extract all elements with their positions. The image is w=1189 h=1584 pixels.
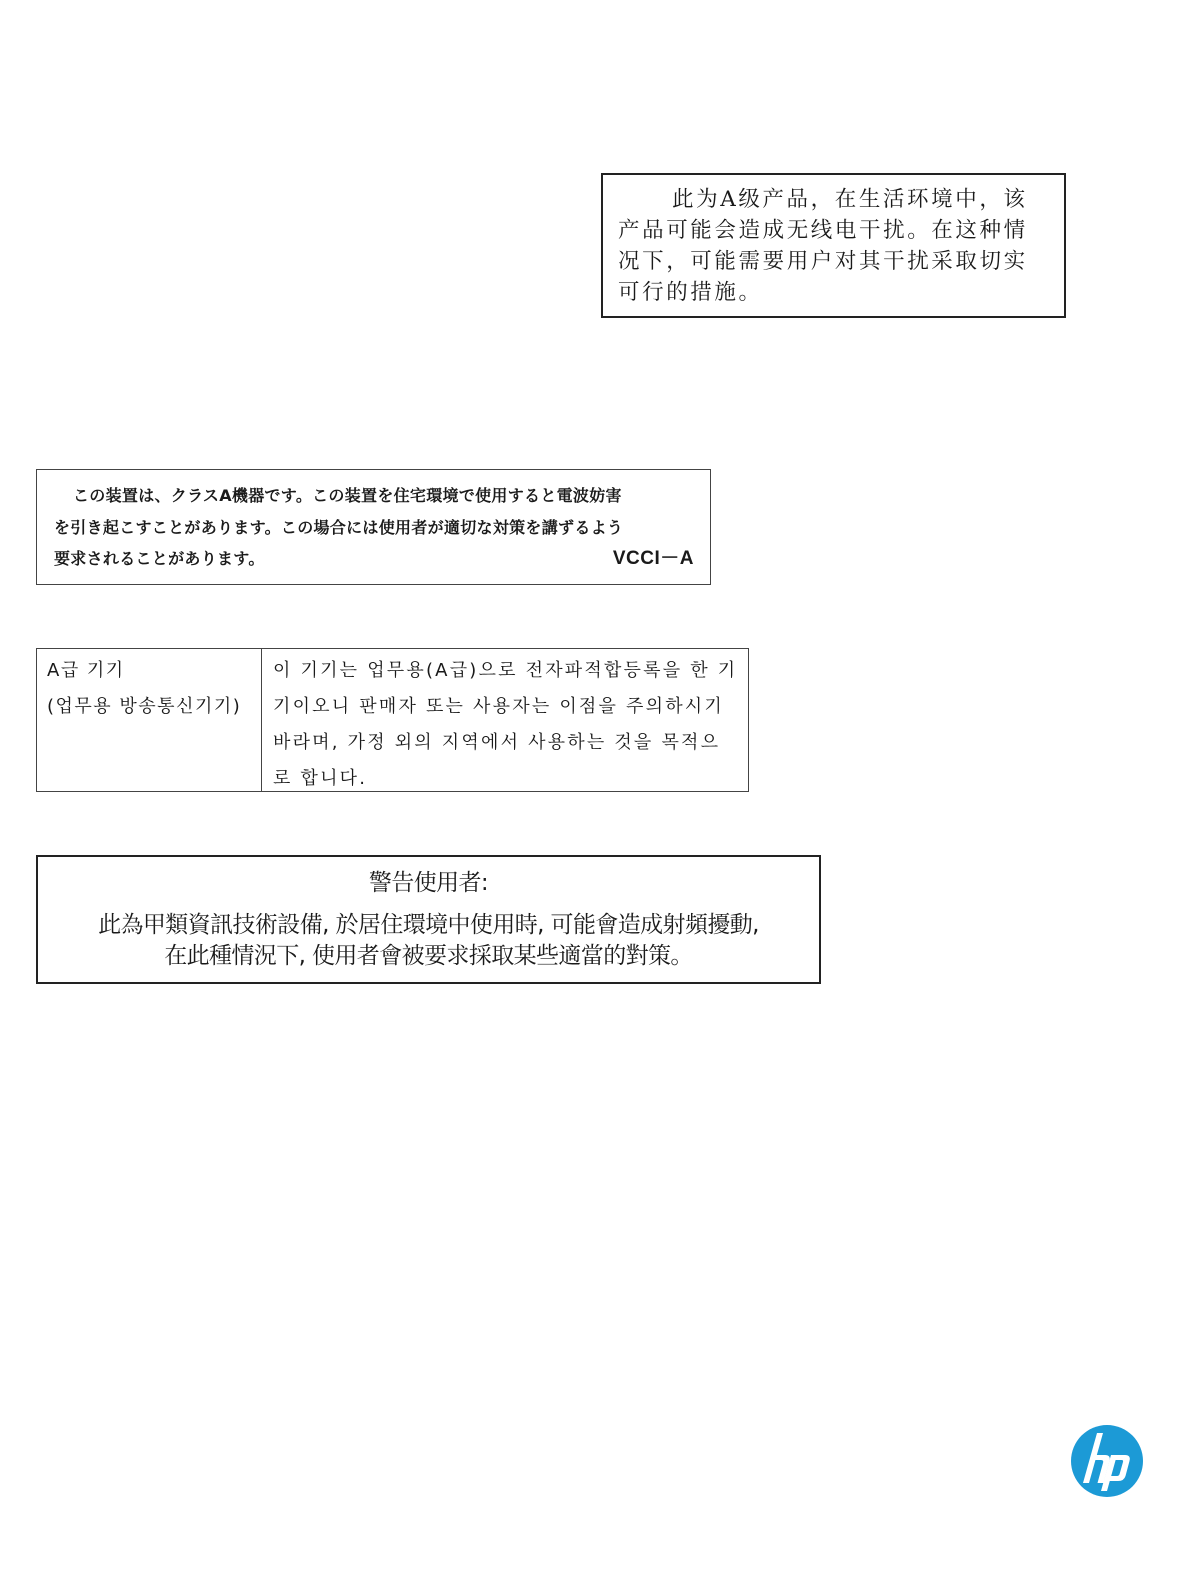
notice-line: 此为A级产品，在生活环境中，该 xyxy=(618,184,1050,215)
notice-line: 产品可能会造成无线电干扰。在这种情 xyxy=(618,215,1050,246)
vcci-mark: VCCI－A xyxy=(613,543,694,575)
device-class-label: A급 기기 xyxy=(47,653,261,689)
hp-logo-icon xyxy=(1071,1425,1143,1497)
china-class-a-notice: 此为A级产品，在生活环境中，该 产品可能会造成无线电干扰。在这种情 况下，可能需… xyxy=(601,173,1066,318)
japan-vcci-notice: この装置は、クラスA機器です。この装置を住宅環境で使用すると電波妨害 を引き起こ… xyxy=(36,469,711,585)
notice-line: 바라며, 가정 외의 지역에서 사용하는 것을 목적으 xyxy=(273,725,740,761)
notice-line: 在此種情況下, 使用者會被要求採取某些適當的對策。 xyxy=(38,941,819,972)
notice-line: 이 기기는 업무용(A급)으로 전자파적합등록을 한 기 xyxy=(273,653,740,689)
notice-line: 要求されることがあります。 xyxy=(54,543,265,575)
notice-line: この装置は、クラスA機器です。この装置を住宅環境で使用すると電波妨害 xyxy=(54,480,694,512)
notice-last-row: 要求されることがあります。 VCCI－A xyxy=(54,543,694,575)
notice-line: を引き起こすことがあります。この場合には使用者が適切な対策を講ずるよう xyxy=(54,512,694,544)
notice-line: 可行的措施。 xyxy=(618,277,1050,308)
notice-title: 警告使用者: xyxy=(38,857,819,898)
taiwan-bsmi-notice: 警告使用者: 此為甲類資訊技術設備, 於居住環境中使用時, 可能會造成射頻擾動,… xyxy=(36,855,821,984)
notice-line: 况下，可能需要用户对其干扰采取切实 xyxy=(618,246,1050,277)
korea-device-class-cell: A급 기기 (업무용 방송통신기기) xyxy=(37,649,262,791)
notice-line: 此為甲類資訊技術設備, 於居住環境中使用時, 可能會造成射頻擾動, xyxy=(38,910,819,941)
korea-class-a-table: A급 기기 (업무용 방송통신기기) 이 기기는 업무용(A급)으로 전자파적합… xyxy=(36,648,749,792)
korea-notice-cell: 이 기기는 업무용(A급)으로 전자파적합등록을 한 기 기이오니 판매자 또는… xyxy=(262,649,748,791)
notice-body: 此為甲類資訊技術設備, 於居住環境中使用時, 可能會造成射頻擾動, 在此種情況下… xyxy=(38,910,819,972)
notice-line: 기이오니 판매자 또는 사용자는 이점을 주의하시기 xyxy=(273,689,740,725)
device-class-sub: (업무용 방송통신기기) xyxy=(47,689,261,725)
notice-line: 로 합니다. xyxy=(273,761,740,791)
